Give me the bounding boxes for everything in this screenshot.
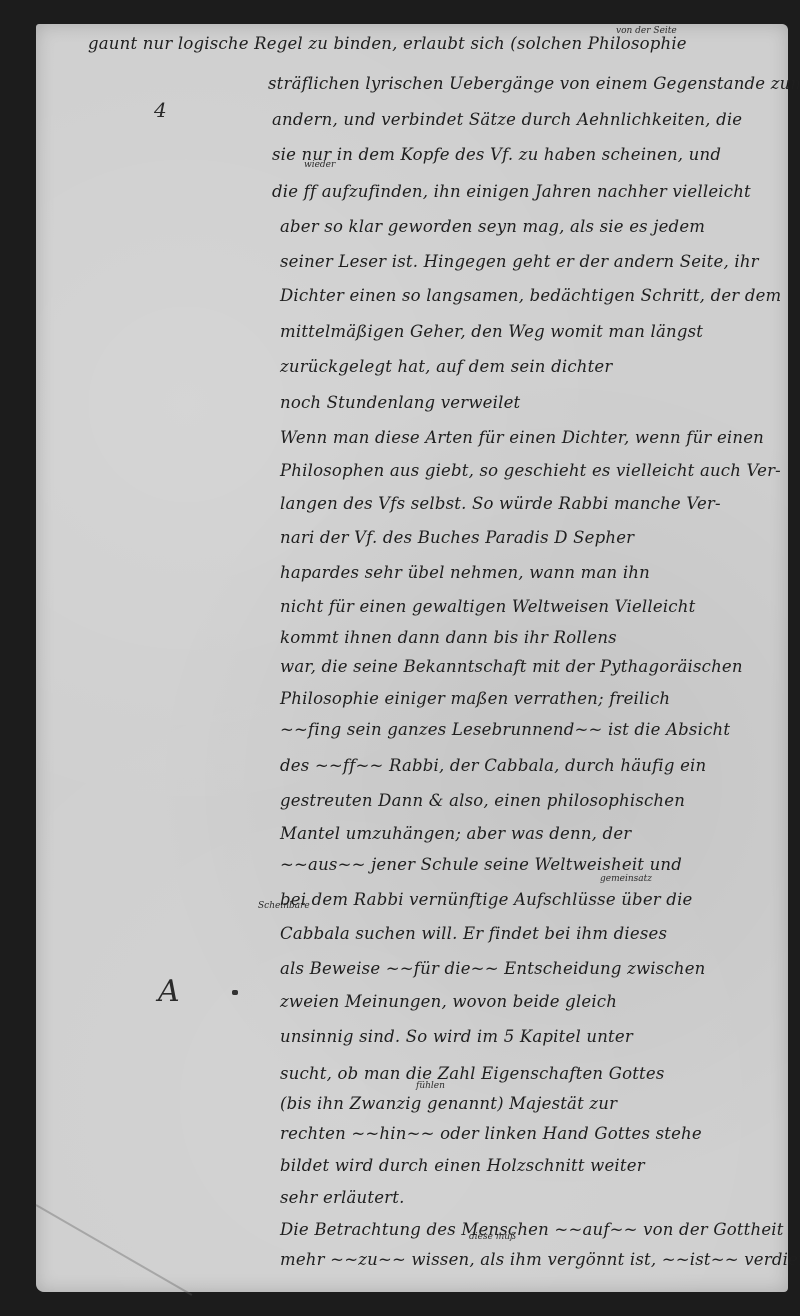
paper-crease bbox=[36, 1204, 193, 1296]
ink-blot bbox=[232, 990, 238, 995]
text-line: noch Stundenlang verweilet bbox=[280, 393, 520, 412]
text-line: hapardes sehr übel nehmen, wann man ihn bbox=[280, 563, 650, 582]
text-line: seiner Leser ist. Hingegen geht er der a… bbox=[280, 252, 759, 271]
text-line: des ~~ff~~ Rabbi, der Cabbala, durch häu… bbox=[280, 756, 706, 775]
margin-letter-mark: A bbox=[158, 974, 180, 1009]
manuscript-page: 4 A von der Seite wieder gemeinsatz Sche… bbox=[36, 24, 788, 1292]
text-line: rechten ~~hin~~ oder linken Hand Gottes … bbox=[280, 1124, 702, 1143]
text-line: zweien Meinungen, wovon beide gleich bbox=[280, 992, 617, 1011]
text-line: langen des Vfs selbst. So würde Rabbi ma… bbox=[280, 494, 721, 513]
text-line: nicht für einen gewaltigen Weltweisen Vi… bbox=[280, 597, 695, 616]
text-line: ~~aus~~ jener Schule seine Weltweisheit … bbox=[280, 855, 682, 874]
text-line: Wenn man diese Arten für einen Dichter, … bbox=[280, 428, 764, 447]
text-line: Dichter einen so langsamen, bedächtigen … bbox=[280, 286, 781, 305]
text-line: die ff aufzufinden, ihn einigen Jahren n… bbox=[272, 182, 751, 201]
text-line: Die Betrachtung des Menschen ~~auf~~ von… bbox=[280, 1220, 784, 1239]
text-line: aber so klar geworden seyn mag, als sie … bbox=[280, 217, 705, 236]
text-line: gestreuten Dann & also, einen philosophi… bbox=[280, 791, 685, 810]
text-line: mittelmäßigen Geher, den Weg womit man l… bbox=[280, 322, 703, 341]
text-line: ~~fing sein ganzes Lesebrunnend~~ ist di… bbox=[280, 720, 730, 739]
text-line: sehr erläutert. bbox=[280, 1188, 405, 1207]
text-line: Mantel umzuhängen; aber was denn, der bbox=[280, 824, 631, 843]
page-number-mark: 4 bbox=[154, 98, 167, 122]
text-line: Philosophen aus giebt, so geschieht es v… bbox=[280, 461, 781, 480]
text-line: als Beweise ~~für die~~ Entscheidung zwi… bbox=[280, 959, 706, 978]
text-line: sucht, ob man die Zahl Eigenschaften Got… bbox=[280, 1064, 665, 1083]
text-line: bei dem Rabbi vernünftige Aufschlüsse üb… bbox=[280, 890, 693, 909]
text-line: war, die seine Bekanntschaft mit der Pyt… bbox=[280, 657, 743, 676]
text-line: zurückgelegt hat, auf dem sein dichter bbox=[280, 357, 612, 376]
text-line: sie nur in dem Kopfe des Vf. zu haben sc… bbox=[272, 145, 721, 164]
text-line: nari der Vf. des Buches Paradis D Sepher bbox=[280, 528, 634, 547]
text-line: kommt ihnen dann dann bis ihr Rollens bbox=[280, 628, 617, 647]
text-line: andern, und verbindet Sätze durch Aehnli… bbox=[272, 110, 742, 129]
text-line: bildet wird durch einen Holzschnitt weit… bbox=[280, 1156, 645, 1175]
text-line: gaunt nur logische Regel zu binden, erla… bbox=[88, 34, 687, 53]
text-line: Philosophie einiger maßen verrathen; fre… bbox=[280, 689, 670, 708]
text-line: Cabbala suchen will. Er findet bei ihm d… bbox=[280, 924, 667, 943]
insertion-line-31: gemeinsatz bbox=[600, 874, 652, 884]
text-line: (bis ihn Zwanzig genannt) Majestät zur bbox=[280, 1094, 617, 1113]
text-line: unsinnig sind. So wird im 5 Kapitel unte… bbox=[280, 1027, 633, 1046]
text-line: sträflichen lyrischen Uebergänge von ein… bbox=[268, 74, 800, 93]
text-line: mehr ~~zu~~ wissen, als ihm vergönnt ist… bbox=[280, 1250, 800, 1269]
